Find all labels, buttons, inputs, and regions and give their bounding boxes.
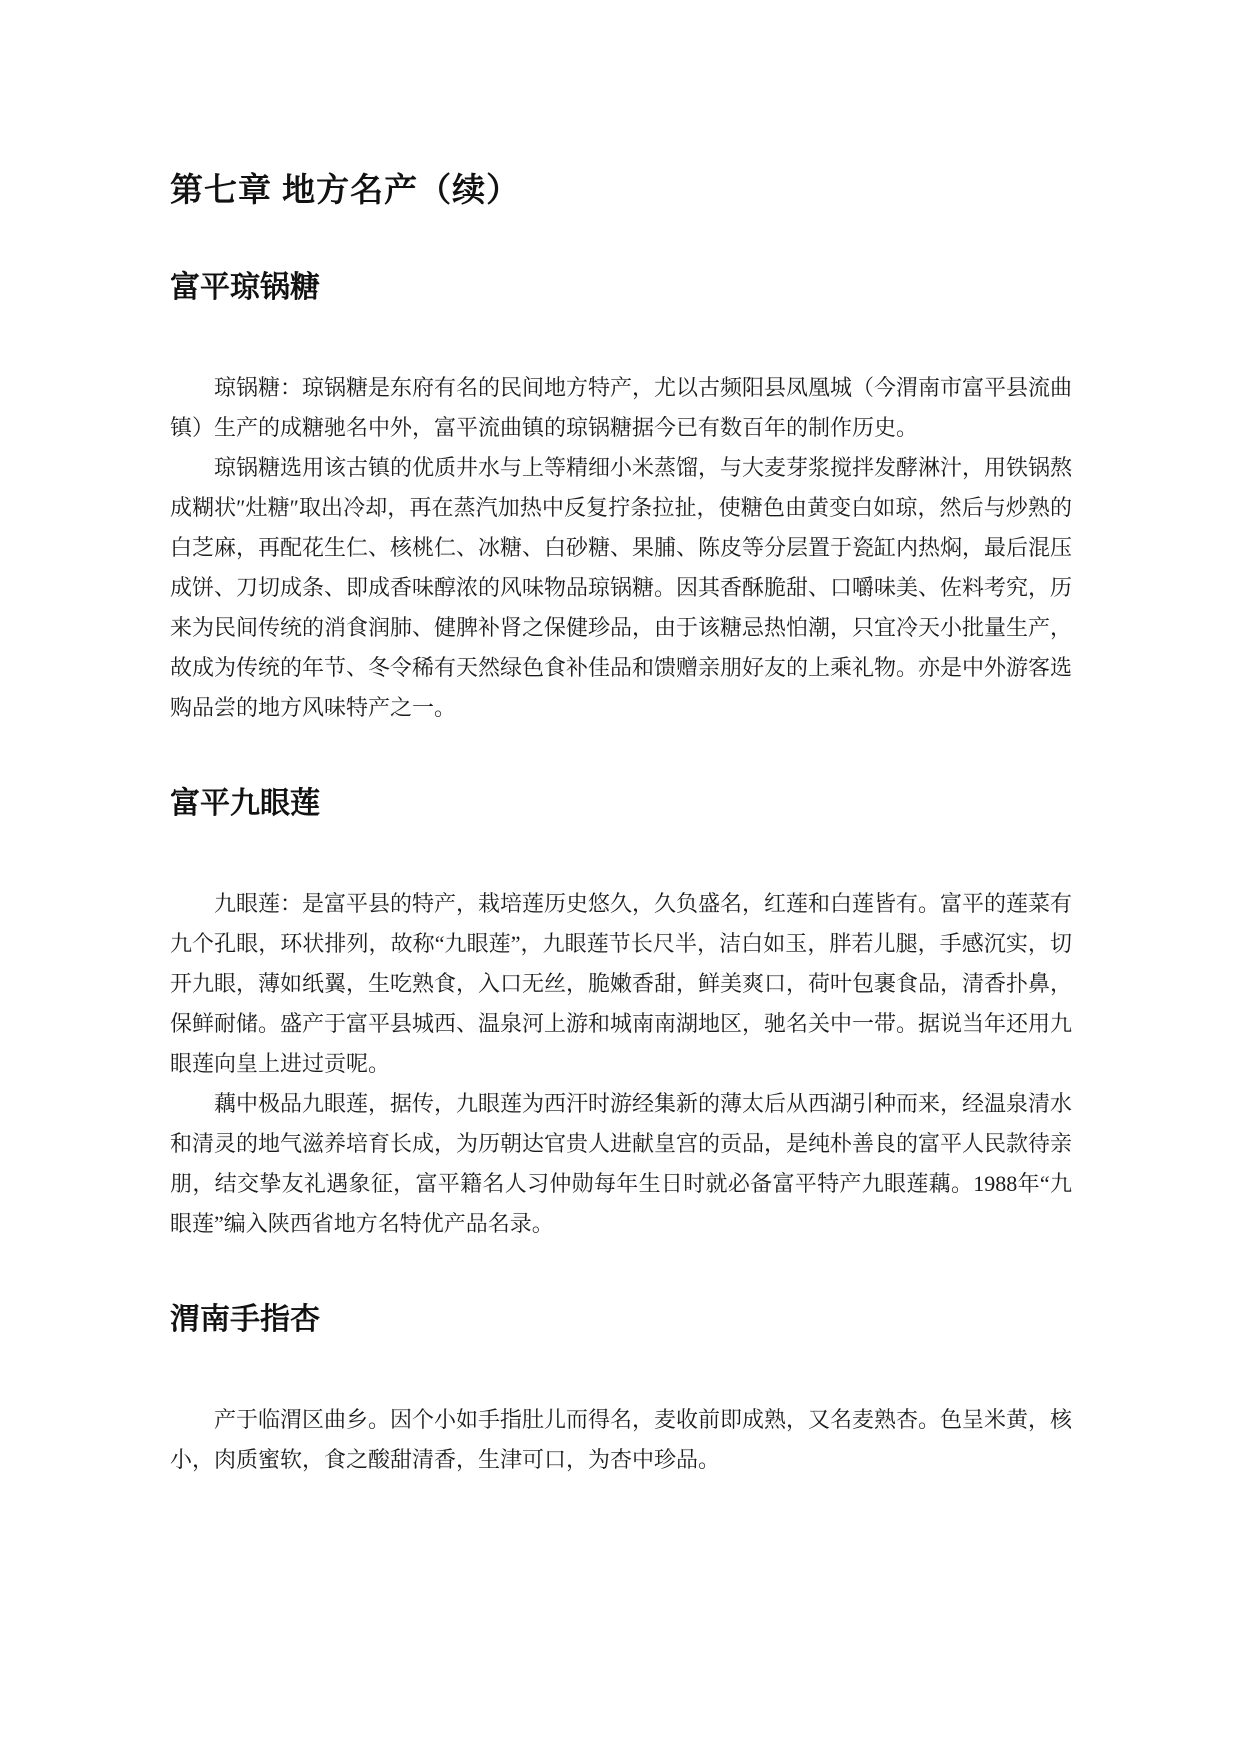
chapter-title: 第七章 地方名产（续） [170, 168, 1072, 212]
section-heading: 富平琼锅糖 [170, 268, 1072, 308]
document-body: 富平琼锅糖琼锅糖：琼锅糖是东府有名的民间地方特产，尤以古频阳县凤凰城（今渭南市富… [170, 268, 1072, 1480]
section-heading: 富平九眼莲 [170, 784, 1072, 824]
body-paragraph: 藕中极品九眼莲，据传，九眼莲为西汗时游经集新的薄太后从西湖引种而来，经温泉清水和… [170, 1084, 1072, 1244]
body-paragraph: 琼锅糖选用该古镇的优质井水与上等精细小米蒸馏，与大麦芽浆搅拌发酵淋汁，用铁锅熬成… [170, 448, 1072, 728]
section-heading: 渭南手指杏 [170, 1300, 1072, 1340]
body-paragraph: 九眼莲：是富平县的特产，栽培莲历史悠久，久负盛名，红莲和白莲皆有。富平的莲菜有九… [170, 884, 1072, 1084]
body-paragraph: 琼锅糖：琼锅糖是东府有名的民间地方特产，尤以古频阳县凤凰城（今渭南市富平县流曲镇… [170, 368, 1072, 448]
document-page: 第七章 地方名产（续） 富平琼锅糖琼锅糖：琼锅糖是东府有名的民间地方特产，尤以古… [0, 0, 1240, 1754]
body-paragraph: 产于临渭区曲乡。因个小如手指肚儿而得名，麦收前即成熟，又名麦熟杏。色呈米黄，核小… [170, 1400, 1072, 1480]
